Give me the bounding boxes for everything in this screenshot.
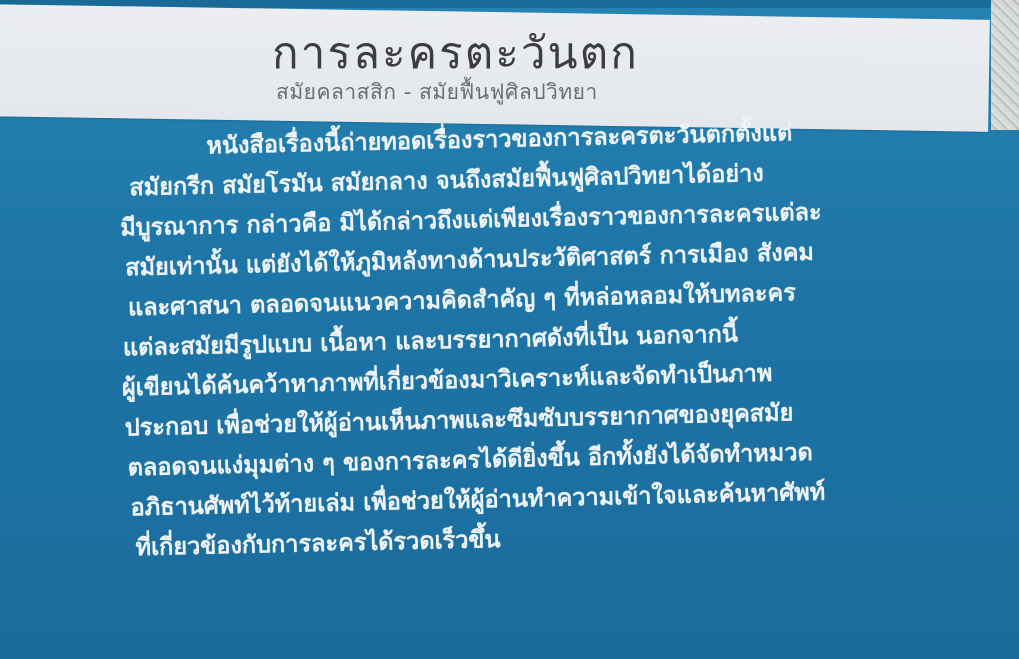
- blurb-paragraph: หนังสือเรื่องนี้ถ่ายทอดเรื่องราวของการละ…: [98, 108, 968, 567]
- book-subtitle: สมัยคลาสสิก - สมัยฟื้นฟูศิลปวิทยา: [276, 76, 598, 109]
- book-back-cover: การละครตะวันตก สมัยคลาสสิก - สมัยฟื้นฟูศ…: [0, 0, 1019, 659]
- background-fabric: [991, 0, 1019, 130]
